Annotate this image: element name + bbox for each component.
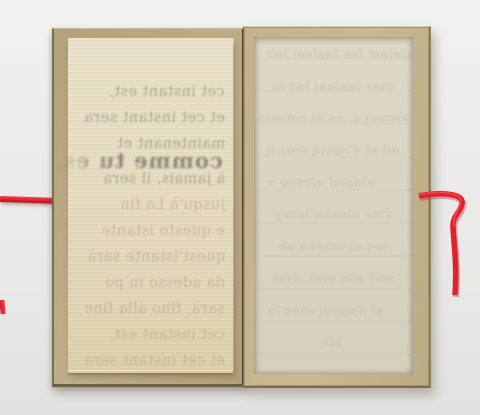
right-text-line: fin: [254, 325, 413, 357]
right-tray: cet instant est maintenant et cet instan…: [243, 26, 431, 388]
right-text-line: comme tu es, à jamais: [254, 101, 413, 133]
left-text-line: et cet instant sera: [68, 348, 233, 370]
photo-scene: cet instant est, et cet instant sera mai…: [0, 0, 480, 415]
right-text-line: cet instant est maintenant: [254, 37, 413, 69]
left-text-line: cet instant est,: [68, 79, 233, 105]
right-text-line: quest'istante sarà: [254, 197, 413, 229]
left-text-line: cet instant est,: [68, 322, 233, 348]
right-text-line: da adesso in poi: [254, 229, 413, 261]
red-ribbon-left-tip: [0, 300, 6, 314]
right-text-line: et cet instant sera: [254, 69, 413, 101]
right-text-line: sarà, fino alla fine: [254, 261, 413, 293]
right-text-stack: cet instant est maintenant et cet instan…: [254, 37, 413, 374]
left-text-line: e questo istante: [68, 218, 233, 244]
red-ribbon-right: [410, 183, 480, 303]
left-text-line: jusqu'à La fin: [68, 192, 233, 218]
left-text-line: da adesso in po: [68, 270, 233, 296]
left-translucent-sheets: cet instant est, et cet instant sera mai…: [68, 38, 233, 370]
right-text-line: et sera jusqu'à la: [254, 293, 413, 325]
right-text-line: il sera jusqu'à la fin: [254, 133, 413, 165]
left-overlay-text: comme tu es,: [54, 148, 254, 173]
left-text-line: et cet instant sera: [68, 105, 233, 131]
left-text-stack: cet instant est, et cet instant sera mai…: [68, 38, 233, 370]
right-sheet-stack: cet instant est maintenant et cet instan…: [254, 37, 413, 374]
left-text-line: sarà, fino alla fine: [68, 296, 233, 322]
left-text-line: quest'istante sarà: [68, 244, 233, 270]
left-cover-board: cet instant est, et cet instant sera mai…: [52, 28, 246, 387]
right-text-line: e questo istante: [254, 165, 413, 197]
